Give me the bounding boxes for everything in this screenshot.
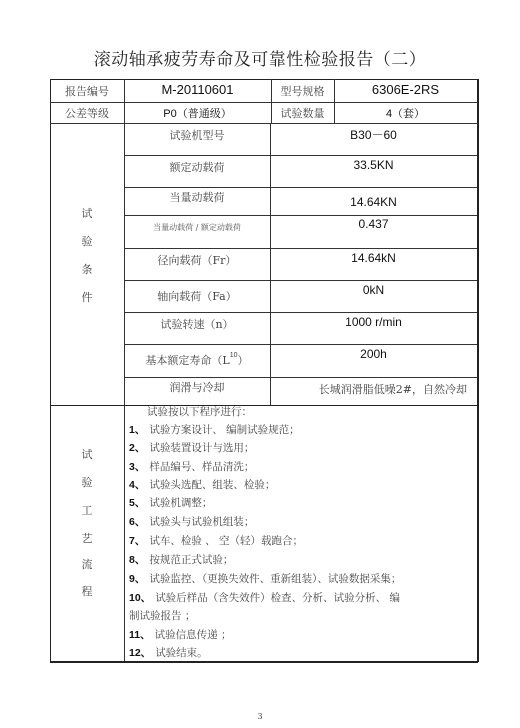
rated-dynamic-load-value: 33.5KN [270,158,477,172]
step-number: 10、 [129,592,151,604]
report-title: 滚动轴承疲劳寿命及可靠性检验报告（二） [0,45,520,70]
process-step: 1、试验方案设计、 编制试验规范； [129,422,300,437]
step-number: 12、 [129,647,151,659]
tester-model-value: B30－60 [270,126,477,143]
table-border-right [477,79,479,662]
step-number: 4、 [129,479,145,491]
row-divider [50,102,478,103]
step-text: 制试验报告 ； [129,610,195,622]
conditions-label-char: 验 [50,233,124,249]
rated-life-label-end: ） [238,352,249,368]
step-text: 试验头选配、组装、检验； [149,479,275,491]
row-divider [124,377,477,378]
step-number: 1、 [129,424,145,436]
step-text: 样品编号、样品清洗； [149,461,254,473]
test-quantity-label: 试验数量 [271,105,334,121]
model-spec-value: 6306E-2RS [334,82,477,97]
row-divider [124,280,477,281]
process-intro: 试验按以下程序进行： [147,404,252,419]
process-label-char: 流 [50,556,124,572]
conditions-label-char: 条 [50,261,124,277]
process-label-char: 工 [50,502,124,518]
row-divider [124,248,477,249]
process-step: 4、试验头选配、组装、检验； [129,477,275,492]
rated-life-label-text: 基本额定寿命（L [145,352,229,368]
test-quantity-value: 4（套） [334,105,477,121]
step-number: 3、 [129,461,145,473]
step-text: 按规范正式试验； [149,554,233,566]
test-speed-label: 试验转速（n） [124,316,270,332]
test-speed-value: 1000 r/min [270,315,477,329]
tester-model-label: 试验机型号 [124,127,270,143]
step-number: 6、 [129,516,145,528]
row-divider [124,344,477,345]
process-step: 11、试验信息传递 ； [129,627,231,642]
row-divider [124,155,477,156]
radial-load-value: 14.64kN [270,251,477,265]
row-divider [50,123,478,124]
step-text: 试验头与试验机组装； [149,516,254,528]
report-no-label: 报告编号 [50,83,124,99]
process-step: 9、试验监控、（更换失效件、重新组装）、试验数据采集； [129,571,401,586]
rated-life-label: 基本额定寿命（L10） [124,352,270,368]
load-ratio-label: 当量动载荷 / 额定动载荷 [124,222,270,233]
tolerance-grade-label: 公差等级 [50,105,124,121]
axial-load-value: 0kN [270,283,477,297]
row-divider [124,312,477,313]
rated-life-value: 200h [270,347,477,361]
table-border-left [50,79,51,662]
process-step: 8、按规范正式试验； [129,552,233,567]
rated-dynamic-load-label: 额定动载荷 [124,159,270,175]
conditions-label-char: 试 [50,205,124,221]
lubrication-cooling-value: 长城润滑脂低噪2#，自然冷却 [270,381,477,397]
step-text: 试验结束。 [155,647,208,659]
equivalent-dynamic-load-label: 当量动载荷 [124,189,270,205]
process-label-char: 艺 [50,530,124,546]
process-step: 5、试验机调整； [129,495,212,510]
step-text: 试验监控、（更换失效件、重新组装）、试验数据采集； [149,573,401,585]
process-step: 3、样品编号、样品清洗； [129,459,254,474]
process-step: 10、试验后样品（含失效件）检查、分析、试验分析、 编 [129,590,400,605]
conditions-label-char: 件 [50,289,124,305]
process-step: 6、试验头与试验机组装； [129,514,254,529]
step-number: 11、 [129,629,151,641]
row-divider [124,187,477,188]
process-label-char: 试 [50,446,124,462]
report-no-value: M-20110601 [124,82,271,97]
process-step-continuation: 制试验报告 ； [129,608,195,623]
process-step: 2、试验装置设计与选用； [129,440,254,455]
radial-load-label: 径向载荷（Fr） [124,252,270,268]
step-number: 2、 [129,442,145,454]
axial-load-label: 轴向载荷（Fa） [124,288,270,304]
page-number: 3 [0,712,520,721]
table-border-bottom [50,661,478,663]
row-divider [124,215,477,216]
step-number: 7、 [129,535,145,547]
step-text: 试验机调整； [149,497,212,509]
equivalent-dynamic-load-value: 14.64KN [270,195,477,209]
model-spec-label: 型号规格 [271,83,334,99]
process-step: 7、试车、检验 、 空（轻）载跑合； [129,533,303,548]
rated-life-subscript: 10 [230,352,238,368]
step-number: 8、 [129,554,145,566]
step-text: 试车、检验 、 空（轻）载跑合； [149,535,303,547]
process-step: 12、试验结束。 [129,645,208,660]
process-label-char: 程 [50,583,124,599]
tolerance-grade-value: P0（普通级） [124,105,271,121]
table-border-top [50,79,478,80]
process-label-char: 验 [50,474,124,490]
lubrication-cooling-label: 润滑与冷却 [124,379,270,395]
step-text: 试验后样品（含失效件）检查、分析、试验分析、 编 [155,592,400,604]
step-text: 试验信息传递 ； [155,629,232,641]
load-ratio-value: 0.437 [270,217,477,231]
step-number: 5、 [129,497,145,509]
step-text: 试验装置设计与选用； [149,442,254,454]
section-divider [50,405,478,406]
step-number: 9、 [129,573,145,585]
step-text: 试验方案设计、 编制试验规范； [149,424,299,436]
